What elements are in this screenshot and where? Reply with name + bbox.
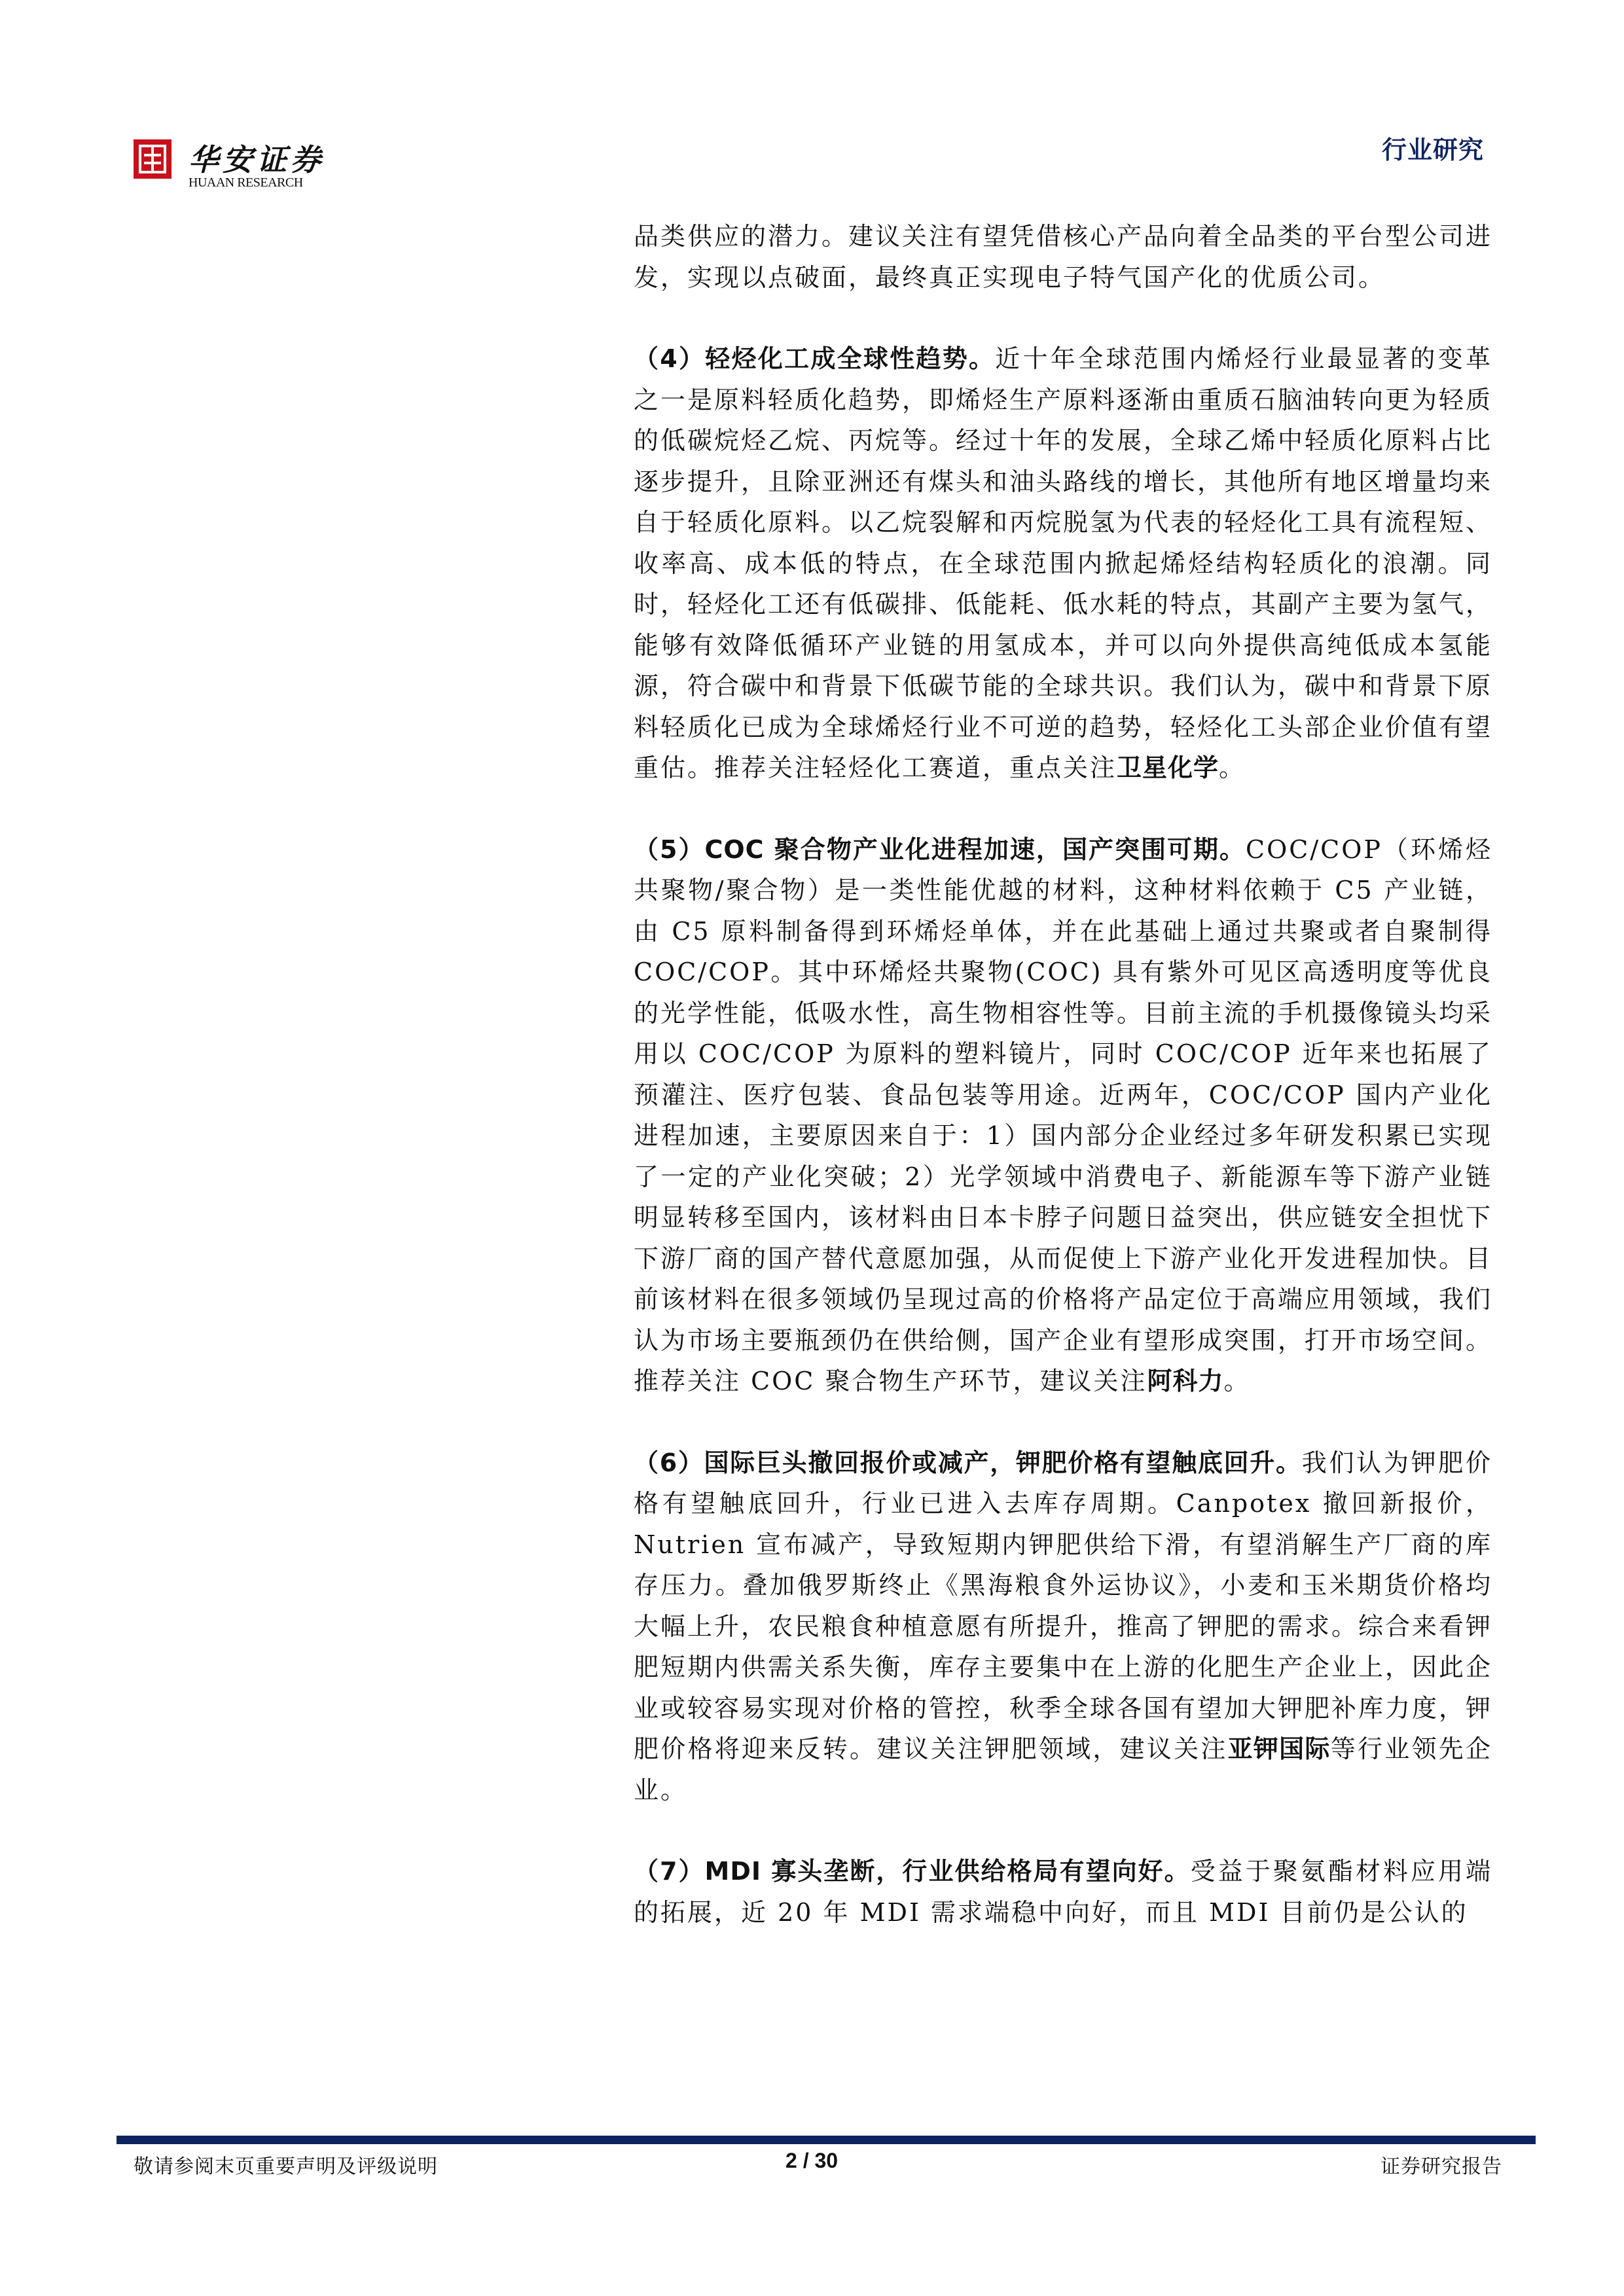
paragraph-heading: （4）轻烃化工成全球性趋势。 bbox=[634, 344, 995, 373]
paragraph-tail: 。 bbox=[1223, 1367, 1250, 1395]
paragraph-heading: （6）国际巨头撤回报价或减产，钾肥价格有望触底回升。 bbox=[634, 1448, 1302, 1477]
paragraph-potash: （6）国际巨头撤回报价或减产，钾肥价格有望触底回升。我们认为钾肥价格有望触底回升… bbox=[634, 1443, 1492, 1811]
paragraph-coc-polymer: （5）COC 聚合物产业化进程加速，国产突围可期。COC/COP（环烯烃共聚物/… bbox=[634, 829, 1492, 1402]
highlighted-company: 亚钾国际 bbox=[1228, 1734, 1331, 1763]
footer-divider bbox=[117, 2136, 1536, 2144]
logo-mark-icon bbox=[134, 139, 171, 179]
report-body: 品类供应的潜力。建议关注有望凭借核心产品向着全品类的平台型公司进发，实现以点破面… bbox=[634, 216, 1492, 1933]
section-title: 行业研究 bbox=[1382, 130, 1484, 166]
paragraph-mdi: （7）MDI 寡头垄断，行业供给格局有望向好。受益于聚氨酯材料应用端的拓展，近 … bbox=[634, 1851, 1492, 1933]
logo-chinese-name: 华安证券 bbox=[189, 136, 325, 179]
footer-disclaimer: 敬请参阅末页重要声明及评级说明 bbox=[134, 2150, 438, 2179]
huaan-logo bbox=[134, 139, 173, 179]
paragraph-light-hydrocarbon: （4）轻烃化工成全球性趋势。近十年全球范围内烯烃行业最显著的变革之一是原料轻质化… bbox=[634, 338, 1492, 789]
paragraph-body: COC/COP（环烯烃共聚物/聚合物）是一类性能优越的材料，这种材料依赖于 C5… bbox=[634, 835, 1492, 1396]
highlighted-company: 阿科力 bbox=[1147, 1367, 1223, 1395]
footer-report-type: 证券研究报告 bbox=[1380, 2150, 1502, 2179]
paragraph-continuation: 品类供应的潜力。建议关注有望凭借核心产品向着全品类的平台型公司进发，实现以点破面… bbox=[634, 216, 1492, 298]
paragraph-tail: 。 bbox=[1219, 753, 1246, 782]
paragraph-heading: （7）MDI 寡头垄断，行业供给格局有望向好。 bbox=[634, 1857, 1191, 1886]
paragraph-body: 我们认为钾肥价格有望触底回升，行业已进入去库存周期。Canpotex 撤回新报价… bbox=[634, 1448, 1492, 1764]
paragraph-body: 品类供应的潜力。建议关注有望凭借核心产品向着全品类的平台型公司进发，实现以点破面… bbox=[634, 222, 1492, 292]
paragraph-body: 近十年全球范围内烯烃行业最显著的变革之一是原料轻质化趋势，即烯烃生产原料逐渐由重… bbox=[634, 344, 1492, 782]
page-number: 2 / 30 bbox=[785, 2149, 838, 2173]
logo-english-name: HUAAN RESEARCH bbox=[189, 175, 303, 190]
highlighted-company: 卫星化学 bbox=[1117, 753, 1219, 782]
paragraph-heading: （5）COC 聚合物产业化进程加速，国产突围可期。 bbox=[634, 835, 1246, 864]
